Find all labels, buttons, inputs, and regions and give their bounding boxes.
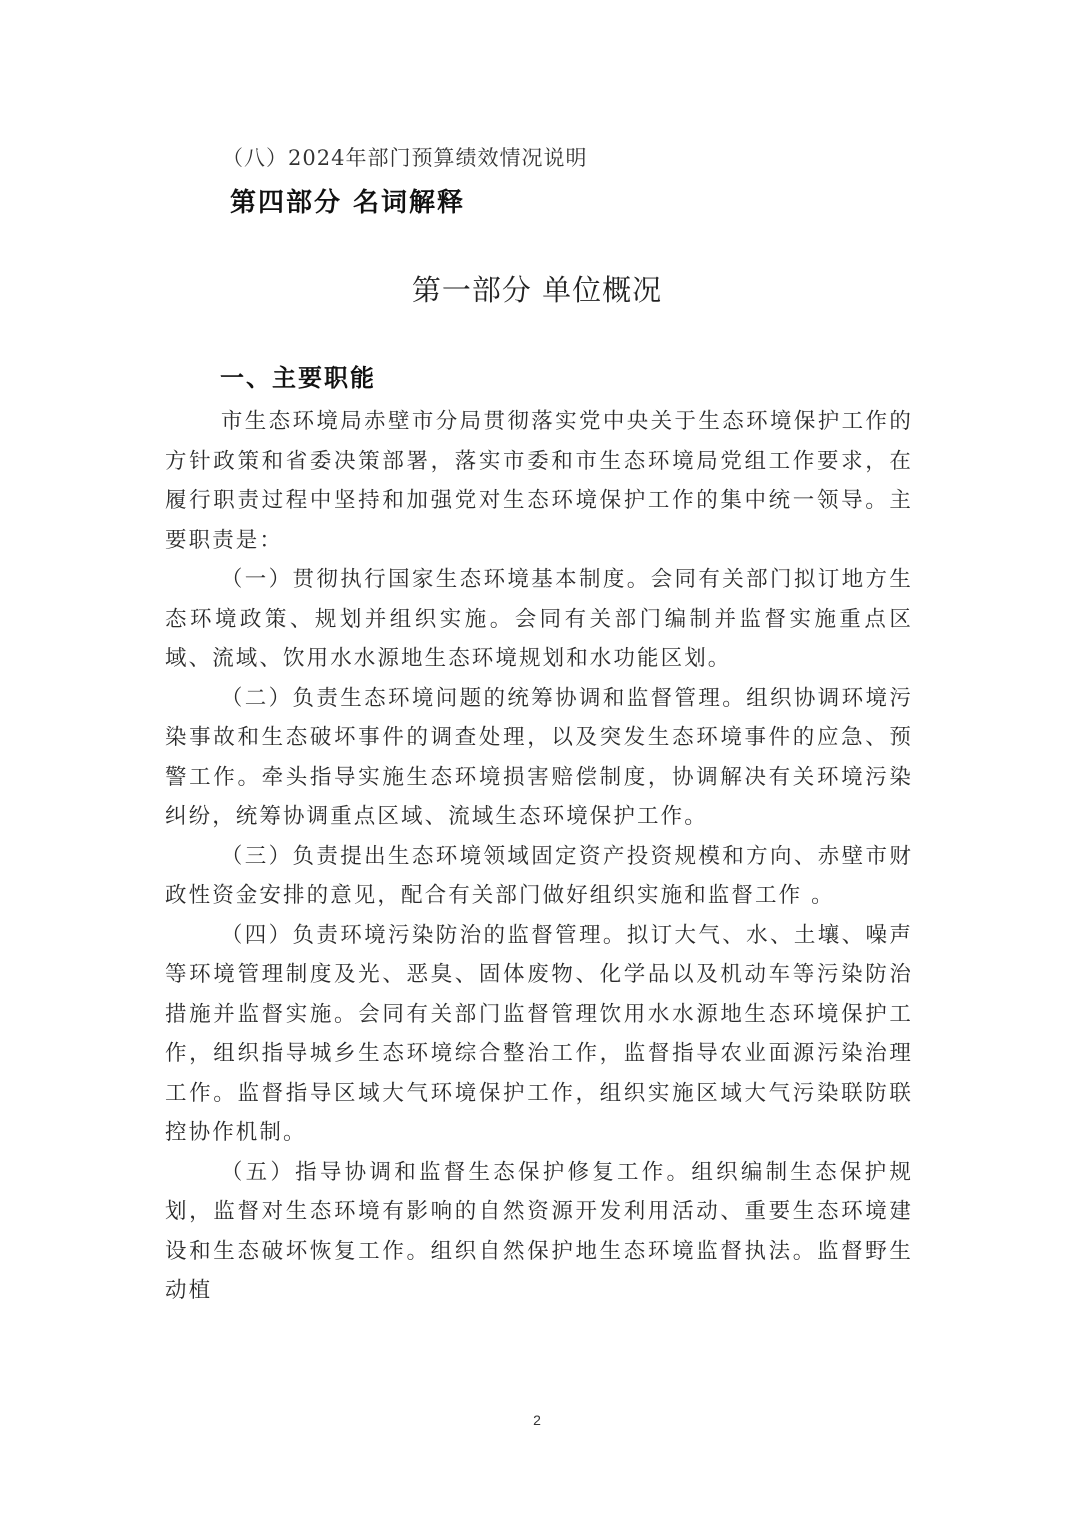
toc-part-glossary: 第四部分 名词解释	[230, 182, 465, 219]
paragraph-duty-1: （一）贯彻执行国家生态环境基本制度。会同有关部门拟订地方生态环境政策、规划并组织…	[165, 560, 913, 679]
paragraph-duty-3: （三）负责提出生态环境领域固定资产投资规模和方向、赤壁市财政性资金安排的意见，配…	[165, 837, 913, 916]
page-number: 2	[0, 1412, 1074, 1428]
paragraph-duty-4: （四）负责环境污染防治的监督管理。拟订大气、水、土壤、噪声等环境管理制度及光、恶…	[165, 916, 913, 1153]
paragraph-duty-2: （二）负责生态环境问题的统筹协调和监督管理。组织协调环境污染事故和生态破坏事件的…	[165, 679, 913, 837]
toc-item-performance: （八）2024年部门预算绩效情况说明	[222, 142, 587, 172]
section-body: 市生态环境局赤壁市分局贯彻落实党中央关于生态环境保护工作的方针政策和省委决策部署…	[165, 402, 913, 1311]
paragraph-duty-5: （五）指导协调和监督生态保护修复工作。组织编制生态保护规划，监督对生态环境有影响…	[165, 1153, 913, 1311]
section-heading: 一、主要职能	[220, 358, 376, 393]
document-page: （八）2024年部门预算绩效情况说明 第四部分 名词解释 第一部分 单位概况 一…	[0, 0, 1074, 1520]
paragraph-intro: 市生态环境局赤壁市分局贯彻落实党中央关于生态环境保护工作的方针政策和省委决策部署…	[165, 402, 913, 560]
part-title: 第一部分 单位概况	[0, 268, 1074, 309]
